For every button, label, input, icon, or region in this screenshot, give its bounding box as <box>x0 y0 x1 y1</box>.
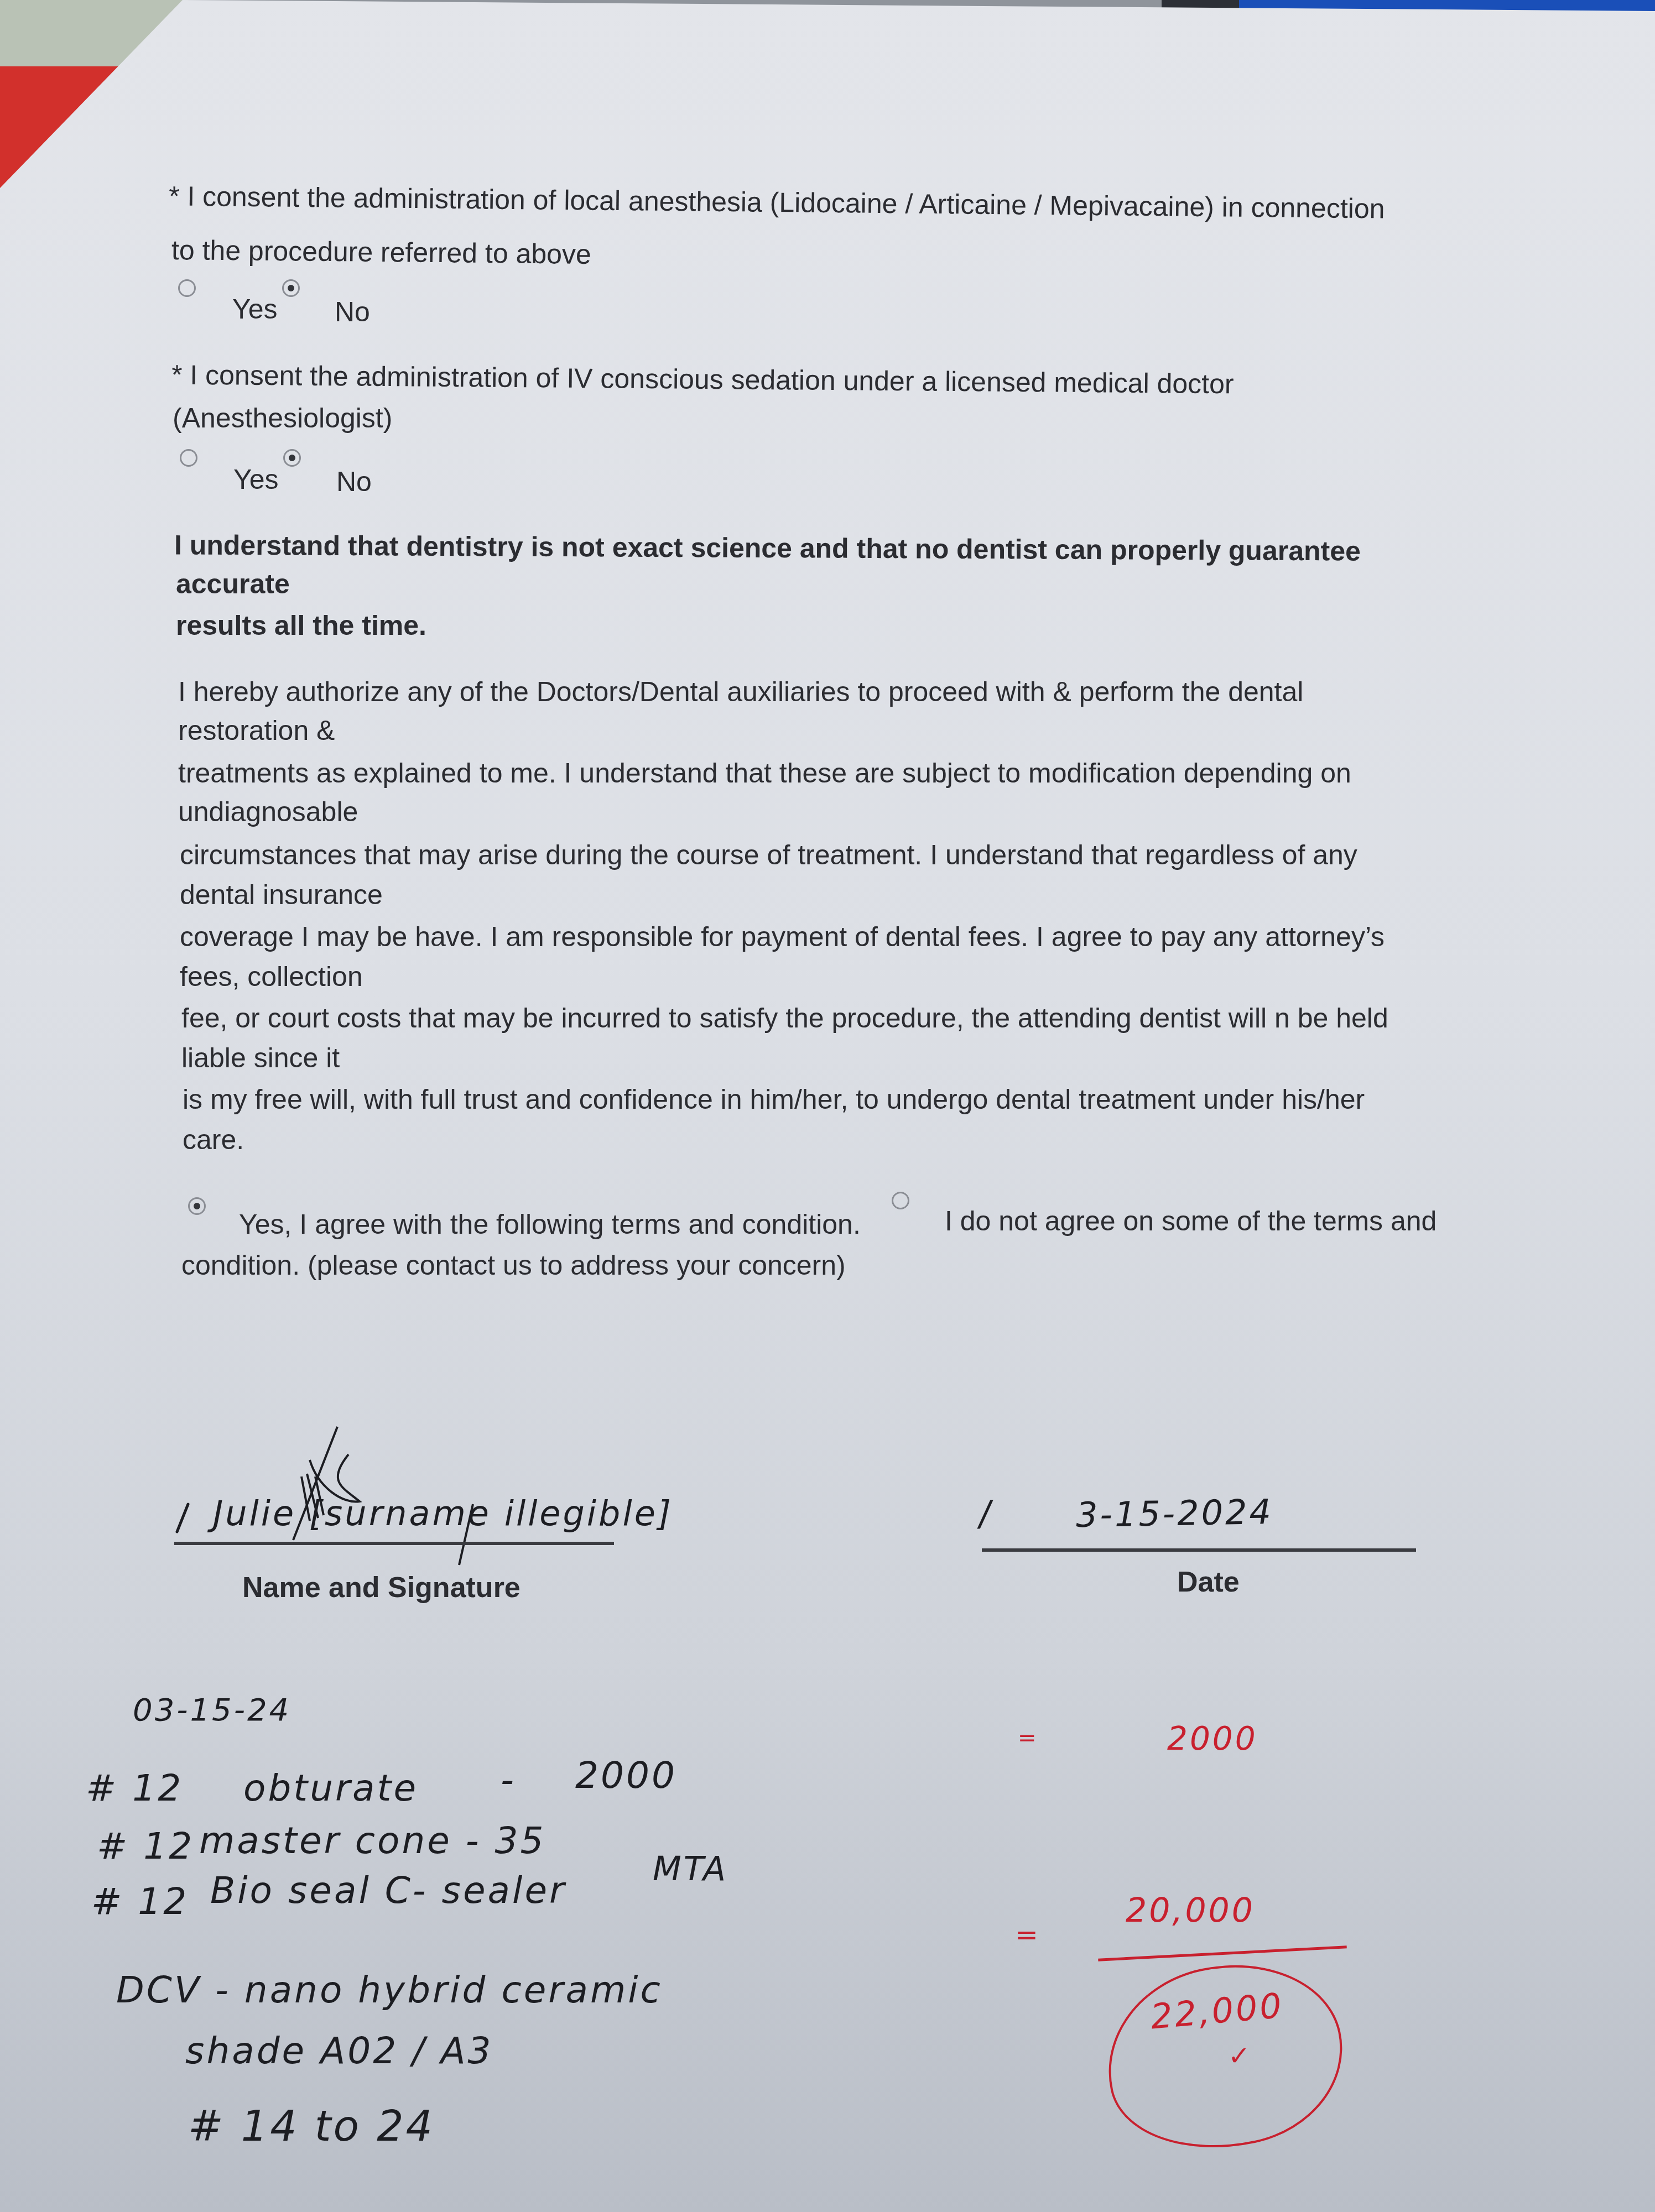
authorization-line: restoration & <box>178 711 335 750</box>
date-caption: Date <box>1177 1562 1240 1602</box>
signature-name: Julie [surname illegible] <box>213 1493 673 1533</box>
total-eq-1: = <box>1018 1725 1039 1751</box>
check-mark-icon: ✓ <box>1228 2041 1252 2072</box>
notes-date: 03-15-24 <box>133 1692 291 1728</box>
disclaimer-line2: accurate <box>176 564 290 604</box>
shade-line: shade A02 / A3 <box>185 2030 493 2072</box>
sedation-question-line2: (Anesthesiologist) <box>173 398 392 438</box>
sedation-question-line1: * I consent the administration of IV con… <box>171 355 1234 404</box>
authorization-line: I hereby authorize any of the Doctors/De… <box>178 672 1303 712</box>
note-item: master cone - 35 <box>199 1819 546 1862</box>
date-slash: / <box>979 1493 993 1534</box>
sedation-no-label: No <box>336 466 372 498</box>
authorization-line: dental insurance <box>180 875 383 915</box>
total-circle <box>1090 1943 1360 2170</box>
note-tooth: # 12 <box>91 1880 189 1923</box>
anesthesia-no-label: No <box>335 296 370 328</box>
signature-line <box>174 1542 614 1545</box>
disclaimer-line1: I understand that dentistry is not exact… <box>174 525 1361 571</box>
authorization-line: is my free will, with full trust and con… <box>183 1079 1365 1119</box>
disagree-label-line2: condition. (please contact us to address… <box>181 1245 846 1285</box>
authorization-line: liable since it <box>181 1038 340 1078</box>
authorization-line: coverage I may be have. I am responsible… <box>180 917 1385 957</box>
authorization-line: circumstances that may arise during the … <box>180 835 1357 875</box>
sedation-yes-radio[interactable] <box>180 449 197 467</box>
total-amount-2: 20,000 <box>1126 1891 1255 1930</box>
disagree-label-line1: I do not agree on some of the terms and <box>945 1201 1437 1241</box>
signature-caption: Name and Signature <box>242 1568 521 1608</box>
consent-form: * I consent the administration of local … <box>0 0 1655 2212</box>
anesthesia-question-line1: * I consent the administration of local … <box>169 176 1385 228</box>
total-eq-2: = <box>1015 1919 1040 1951</box>
agree-radio[interactable] <box>188 1197 206 1215</box>
authorization-line: fees, collection <box>180 957 363 997</box>
sum-underline <box>1098 1945 1347 1961</box>
sedation-yes-label: Yes <box>233 463 279 495</box>
teeth-range-line: # 14 to 24 <box>188 2101 435 2151</box>
note-amount: 2000 <box>575 1754 677 1797</box>
disclaimer-line3: results all the time. <box>176 606 426 645</box>
dcv-line: DCV - nano hybrid ceramic <box>116 1969 663 2011</box>
note-item: Bio seal C- sealer <box>210 1869 566 1912</box>
authorization-line: treatments as explained to me. I underst… <box>178 753 1351 793</box>
note-tooth: # 12 <box>86 1767 183 1809</box>
agree-label: Yes, I agree with the following terms an… <box>239 1204 861 1244</box>
anesthesia-question-line2: to the procedure referred to above <box>171 230 592 274</box>
date-line <box>982 1548 1416 1552</box>
disagree-radio[interactable] <box>892 1192 909 1209</box>
total-amount-1: 2000 <box>1167 1720 1258 1757</box>
authorization-line: care. <box>183 1120 244 1160</box>
note-mta: MTA <box>653 1850 728 1888</box>
note-dash: - <box>501 1759 516 1801</box>
date-value: 3-15-2024 <box>1075 1491 1273 1535</box>
anesthesia-yes-radio[interactable] <box>178 279 196 297</box>
sedation-no-radio[interactable] <box>283 449 301 467</box>
note-item: obturate <box>243 1767 418 1809</box>
note-tooth: # 12 <box>97 1825 194 1867</box>
anesthesia-no-radio[interactable] <box>282 279 300 297</box>
authorization-line: undiagnosable <box>178 792 358 832</box>
anesthesia-yes-label: Yes <box>232 293 278 325</box>
authorization-line: fee, or court costs that may be incurred… <box>181 998 1388 1038</box>
